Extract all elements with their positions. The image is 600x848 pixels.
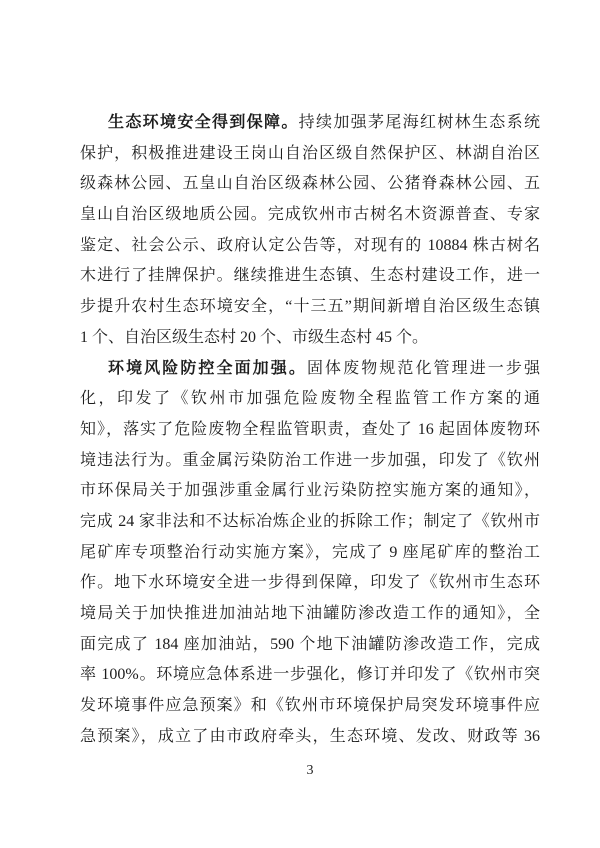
text-line: 境局关于加快推进加油站地下油罐防渗改造工作的通知》，全 [80,599,540,630]
text-line: 步提升农村生态环境安全，“十三五”期间新增自治区级生态镇 [80,292,540,323]
text-line: 级森林公园、五皇山自治区级森林公园、公猪脊森林公园、五 [80,169,540,200]
text-line: 生态环境安全得到保障。持续加强茅尾海红树林生态系统 [80,108,540,139]
document-page: 生态环境安全得到保障。持续加强茅尾海红树林生态系统 保护，积极推进建设王岗山自治… [0,0,600,848]
text-segment: 持续加强茅尾海红树林生态系统 [299,114,540,131]
paragraph-eco-environment-safety: 生态环境安全得到保障。持续加强茅尾海红树林生态系统 保护，积极推进建设王岗山自治… [80,108,540,354]
text-line: 皇山自治区级地质公园。完成钦州市古树名木资源普查、专家 [80,200,540,231]
document-body: 生态环境安全得到保障。持续加强茅尾海红树林生态系统 保护，积极推进建设王岗山自治… [80,108,540,752]
text-line: 木进行了挂牌保护。继续推进生态镇、生态村建设工作，进一 [80,261,540,292]
paragraph-lead: 生态环境安全得到保障。 [108,114,299,131]
text-segment: 固体废物规范化管理进一步强 [307,360,540,377]
paragraph-lead: 环境风险防控全面加强。 [108,360,307,377]
text-line: 鉴定、社会公示、政府认定公告等，对现有的 10884 株古树名 [80,231,540,262]
text-line: 市环保局关于加强涉重金属行业污染防控实施方案的通知》， [80,476,540,507]
text-line: 环境风险防控全面加强。固体废物规范化管理进一步强 [80,354,540,385]
text-line: 面完成了 184 座加油站，590 个地下油罐防渗改造工作，完成 [80,630,540,661]
text-line: 知》，落实了危险废物全程监管职责，查处了 16 起固体废物环 [80,415,540,446]
text-line: 作。地下水环境安全进一步得到保障，印发了《钦州市生态环 [80,568,540,599]
paragraph-environment-risk-control: 环境风险防控全面加强。固体废物规范化管理进一步强 化，印发了《钦州市加强危险废物… [80,354,540,753]
text-line: 完成 24 家非法和不达标冶炼企业的拆除工作；制定了《钦州市 [80,507,540,538]
text-line: 1 个、自治区级生态村 20 个、市级生态村 45 个。 [80,323,540,354]
text-line: 尾矿库专项整治行动实施方案》，完成了 9 座尾矿库的整治工 [80,538,540,569]
page-number: 3 [307,763,314,778]
page-footer: 3 [80,762,540,780]
text-line: 发环境事件应急预案》和《钦州市环境保护局突发环境事件应 [80,691,540,722]
text-line: 急预案》，成立了由市政府牵头，生态环境、发改、财政等 36 [80,722,540,753]
text-line: 化，印发了《钦州市加强危险废物全程监管工作方案的通 [80,384,540,415]
text-line: 境违法行为。重金属污染防治工作进一步加强，印发了《钦州 [80,446,540,477]
text-line: 率 100%。环境应急体系进一步强化，修订并印发了《钦州市突 [80,660,540,691]
text-line: 保护，积极推进建设王岗山自治区级自然保护区、林湖自治区 [80,139,540,170]
